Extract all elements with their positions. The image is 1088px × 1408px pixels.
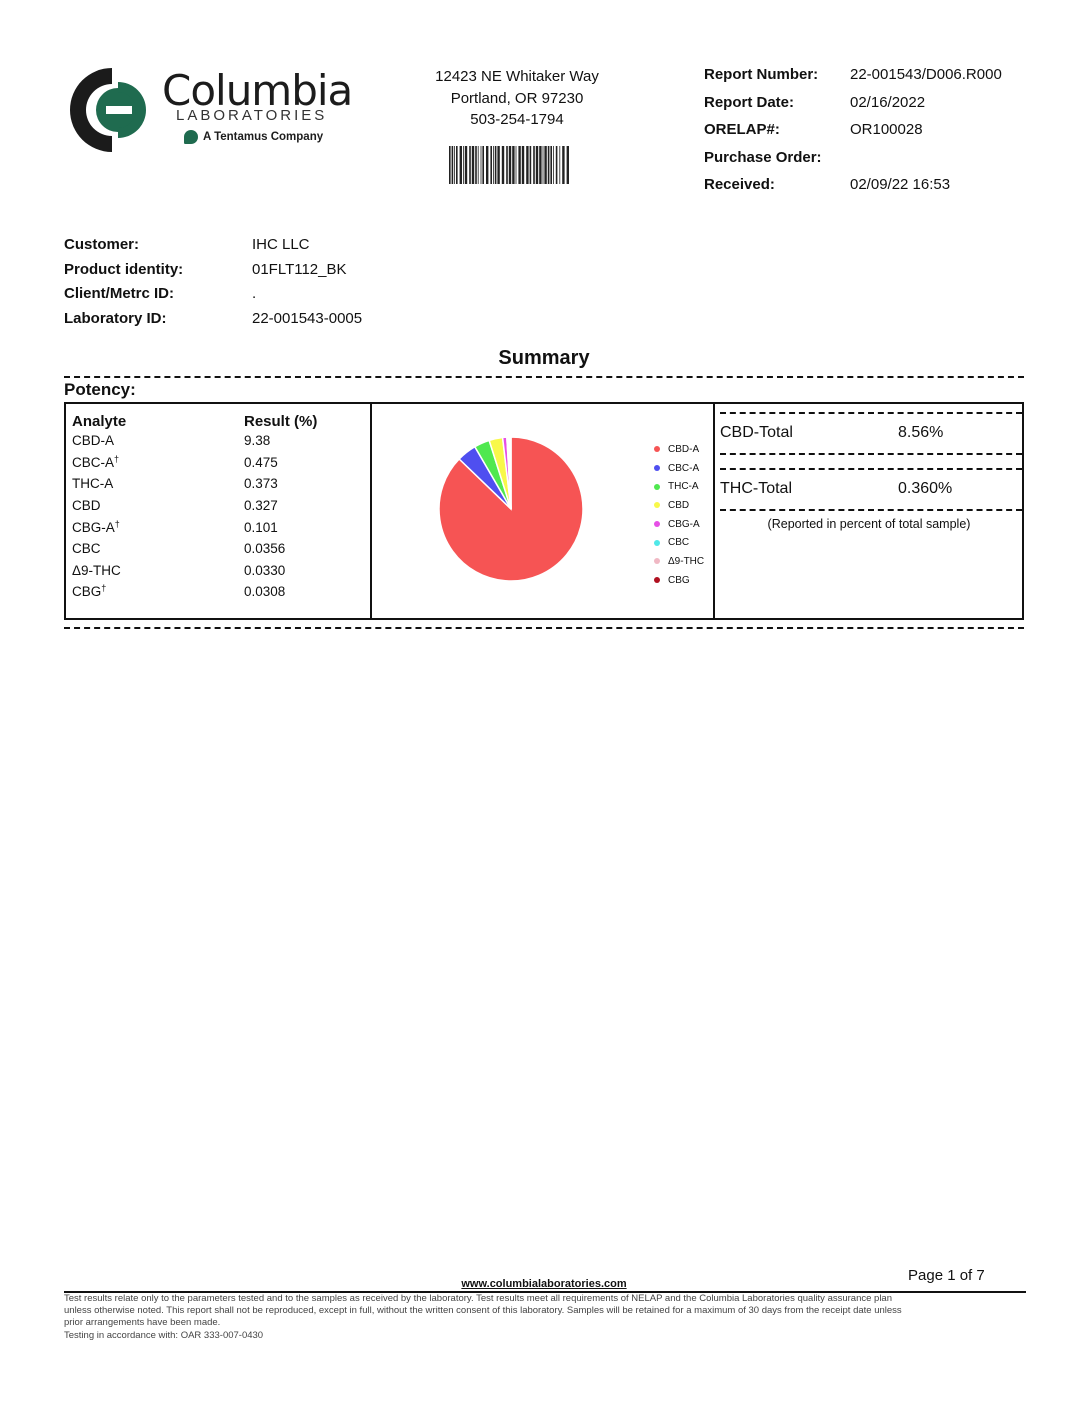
report-info-row: Report Date:02/16/2022 — [704, 94, 1002, 122]
legend-swatch — [654, 446, 660, 452]
customer-info-row: Customer:IHC LLC — [64, 236, 362, 261]
section-divider — [64, 376, 1024, 378]
analyte-label: Δ9-THC — [72, 563, 121, 578]
legend-item: Δ9-THC — [654, 552, 704, 571]
analyte-name: CBC-A† — [72, 455, 244, 470]
analyte-table: Analyte Result (%) CBD-A9.38CBC-A†0.475T… — [72, 406, 317, 603]
table-row: CBC-A†0.475 — [72, 452, 317, 474]
customer-info-row: Product identity:01FLT112_BK — [64, 261, 362, 286]
address-phone: 503-254-1794 — [410, 109, 624, 131]
legend-label: CBG-A — [668, 519, 700, 530]
legend-swatch — [654, 521, 660, 527]
report-info-label: Report Date: — [704, 94, 850, 111]
customer-info-label: Product identity: — [64, 261, 252, 286]
legend-swatch — [654, 540, 660, 546]
section-divider — [64, 627, 1024, 629]
report-info-row: Purchase Order: — [704, 149, 1002, 177]
analyte-result: 0.0356 — [244, 541, 285, 556]
tentamus-leaf-icon — [184, 130, 198, 144]
disclaimer: Test results relate only to the paramete… — [64, 1293, 1024, 1342]
legend-label: CBC-A — [668, 463, 699, 474]
customer-info-row: Client/Metrc ID:. — [64, 285, 362, 310]
customer-info-value: . — [252, 285, 256, 310]
analyte-result: 0.0308 — [244, 584, 285, 599]
parent-company: A Tentamus Company — [184, 130, 323, 144]
legend-swatch — [654, 502, 660, 508]
analyte-name: CBD-A — [72, 433, 244, 448]
analyte-result: 9.38 — [244, 433, 270, 448]
dagger-mark: † — [115, 519, 120, 529]
table-row: CBG-A†0.101 — [72, 516, 317, 538]
legend-item: CBD-A — [654, 440, 704, 459]
legend-item: CBC-A — [654, 459, 704, 478]
legend-label: Δ9-THC — [668, 556, 704, 567]
dagger-mark: † — [114, 454, 119, 464]
analyte-name: Δ9-THC — [72, 563, 244, 578]
analyte-name: CBD — [72, 498, 244, 513]
header-result: Result (%) — [244, 413, 317, 430]
parent-company-label: A Tentamus Company — [203, 131, 323, 143]
analyte-label: CBG — [72, 584, 101, 599]
report-info-value: 02/16/2022 — [850, 94, 925, 111]
barcode-icon — [449, 146, 569, 184]
table-header: Analyte Result (%) — [72, 406, 317, 430]
disclaimer-line: prior arrangements have been made. — [64, 1317, 1024, 1329]
analyte-label: CBC-A — [72, 455, 114, 470]
totals-divider — [720, 468, 1022, 470]
customer-info-row: Laboratory ID:22-001543-0005 — [64, 310, 362, 335]
table-row: CBD-A9.38 — [72, 430, 317, 452]
legend-label: CBG — [668, 575, 690, 586]
report-info-label: Purchase Order: — [704, 149, 850, 166]
lab-address: 12423 NE Whitaker Way Portland, OR 97230… — [410, 66, 624, 131]
analyte-label: CBD-A — [72, 433, 114, 448]
legend-label: CBC — [668, 537, 689, 548]
table-row: THC-A0.373 — [72, 473, 317, 495]
customer-info-label: Client/Metrc ID: — [64, 285, 252, 310]
address-street: 12423 NE Whitaker Way — [410, 66, 624, 88]
reporting-note: (Reported in percent of total sample) — [714, 517, 1024, 531]
totals-divider — [720, 412, 1022, 414]
report-info-label: Report Number: — [704, 66, 850, 83]
customer-info-value: 22-001543-0005 — [252, 310, 362, 335]
company-logo: Columbia LABORATORIES A Tentamus Company — [66, 64, 346, 159]
analyte-name: CBG† — [72, 584, 244, 599]
website-link[interactable]: www.columbialaboratories.com — [0, 1278, 1088, 1290]
table-row: CBG†0.0308 — [72, 581, 317, 603]
legend-label: CBD-A — [668, 444, 699, 455]
address-city: Portland, OR 97230 — [410, 88, 624, 110]
cbd-total-label: CBD-Total — [720, 424, 898, 442]
report-info-label: Received: — [704, 176, 850, 193]
report-info: Report Number:22-001543/D006.R000Report … — [704, 66, 1002, 204]
report-info-row: Report Number:22-001543/D006.R000 — [704, 66, 1002, 94]
legend-label: CBD — [668, 500, 689, 511]
totals-divider — [720, 509, 1022, 511]
disclaimer-line: Test results relate only to the paramete… — [64, 1293, 1024, 1305]
report-info-value: 22-001543/D006.R000 — [850, 66, 1002, 83]
legend-swatch — [654, 558, 660, 564]
legend-label: THC-A — [668, 481, 699, 492]
header-analyte: Analyte — [72, 413, 244, 430]
analyte-name: CBG-A† — [72, 520, 244, 535]
report-info-value: OR100028 — [850, 121, 923, 138]
customer-info-value: 01FLT112_BK — [252, 261, 347, 286]
company-subtitle: LABORATORIES — [176, 107, 327, 124]
cbd-total-value: 8.56% — [898, 424, 943, 442]
analyte-name: THC-A — [72, 476, 244, 491]
report-info-label: ORELAP#: — [704, 121, 850, 138]
legend-swatch — [654, 484, 660, 490]
analyte-result: 0.373 — [244, 476, 278, 491]
analyte-label: CBD — [72, 498, 101, 513]
chart-legend: CBD-ACBC-ATHC-ACBDCBG-ACBCΔ9-THCCBG — [654, 440, 704, 590]
table-row: Δ9-THC0.0330 — [72, 560, 317, 582]
analyte-result: 0.327 — [244, 498, 278, 513]
columbia-logo-icon — [66, 64, 158, 156]
table-row: CBD0.327 — [72, 495, 317, 517]
thc-total-label: THC-Total — [720, 480, 898, 498]
summary-title: Summary — [0, 347, 1088, 370]
potency-pie-chart — [436, 434, 586, 584]
thc-total-value: 0.360% — [898, 480, 952, 498]
disclaimer-line: unless otherwise noted. This report shal… — [64, 1305, 1024, 1317]
legend-item: CBD — [654, 496, 704, 515]
customer-info: Customer:IHC LLCProduct identity:01FLT11… — [64, 236, 362, 334]
legend-item: THC-A — [654, 477, 704, 496]
legend-item: CBC — [654, 533, 704, 552]
disclaimer-line: Testing in accordance with: OAR 333-007-… — [64, 1330, 1024, 1342]
customer-info-label: Laboratory ID: — [64, 310, 252, 335]
analyte-result: 0.475 — [244, 455, 278, 470]
cbd-total: CBD-Total 8.56% — [720, 424, 943, 442]
legend-item: CBG-A — [654, 515, 704, 534]
customer-info-label: Customer: — [64, 236, 252, 261]
analyte-label: CBC — [72, 541, 101, 556]
report-info-row: Received:02/09/22 16:53 — [704, 176, 1002, 204]
legend-item: CBG — [654, 571, 704, 590]
thc-total: THC-Total 0.360% — [720, 480, 952, 498]
potency-label: Potency: — [64, 380, 136, 400]
totals-divider — [720, 453, 1022, 455]
analyte-label: CBG-A — [72, 520, 115, 535]
dagger-mark: † — [101, 583, 106, 593]
report-info-value: 02/09/22 16:53 — [850, 176, 950, 193]
analyte-label: THC-A — [72, 476, 113, 491]
analyte-result: 0.0330 — [244, 563, 285, 578]
customer-info-value: IHC LLC — [252, 236, 310, 261]
analyte-result: 0.101 — [244, 520, 278, 535]
analyte-name: CBC — [72, 541, 244, 556]
report-info-row: ORELAP#:OR100028 — [704, 121, 1002, 149]
table-row: CBC0.0356 — [72, 538, 317, 560]
legend-swatch — [654, 577, 660, 583]
legend-swatch — [654, 465, 660, 471]
column-divider — [713, 404, 715, 618]
column-divider — [370, 404, 372, 618]
